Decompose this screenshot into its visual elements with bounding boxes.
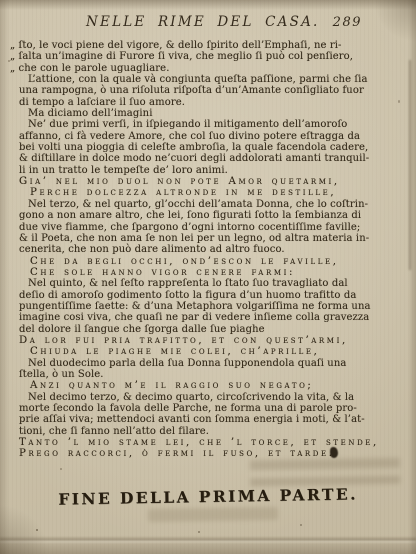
text-line: affanno, ci fà vedere Amore, che col ſuo… (19, 131, 403, 142)
text-line: ſtella, ò un Sole. (19, 369, 403, 380)
paper-fold-shadow (409, 60, 411, 270)
text-line: Da lor fui pria trafitto, et con quest’a… (19, 335, 403, 346)
text-line: „ ſto, le voci piene del vigore, & dello… (19, 40, 403, 51)
text-line: Perche dolcezza altronde in me destille, (19, 187, 403, 198)
text-line: deſio di amoroſo godimento ſotto la figu… (19, 290, 403, 301)
paper-crease (0, 536, 416, 544)
text-line: Nel decimo terzo, & decimo quarto, circo… (19, 392, 403, 403)
text-line: li in un tratto le tempeſte de’ loro ani… (19, 165, 403, 176)
text-line: due vive fiamme, che ſpargono d’ogni int… (19, 222, 403, 233)
text-line: di tempo a laſciare il ſuo amore. (19, 97, 403, 108)
paper-speck (60, 468, 62, 470)
text-line: Nel terzo, & nel quarto, gl’occhi dell’a… (19, 199, 403, 210)
paper-speck (300, 524, 302, 526)
page-number: 289 (333, 15, 362, 30)
paper-speck (398, 100, 400, 103)
text-line: Nel duodecimo parla della ſua Donna ſupp… (19, 358, 403, 369)
text-line: gono a non amare altro, che lei, ſono fi… (19, 210, 403, 221)
book-page: NELLE RIME DEL CASA. 289 „ ſto, le voci … (0, 0, 416, 554)
text-line: bei volti una pioggia di celeſte ambroſi… (19, 142, 403, 153)
text-line: tioni, che ſi fanno nell’atto del filare… (19, 426, 403, 437)
text-line: Che sole hanno vigor cenere farmi: (19, 267, 403, 278)
paper-speck (8, 60, 10, 62)
text-block: „ ſto, le voci piene del vigore, & dello… (19, 40, 403, 460)
text-line: Anzi quanto m’e il raggio suo negato; (19, 380, 403, 391)
text-line: pungentiſſime ſaette: & d’una Metaphora … (19, 301, 403, 312)
text-line: prie aſſai viva; mettendoci avanti con ſ… (19, 414, 403, 425)
paper-speck (198, 531, 200, 533)
text-line: morte ſecondo la favola delle Parche, ne… (19, 403, 403, 414)
text-line: imagine cosi viva, che quaſi ne par di v… (19, 312, 403, 323)
text-line: „ che con le parole uguagliare. (19, 63, 403, 74)
page-header: NELLE RIME DEL CASA. 289 (0, 14, 416, 32)
text-line: una rampogna, ò una riſoluta riſpoſta d’… (19, 85, 403, 96)
text-line: Chiuda le piaghe mie colei, ch’aprille, (19, 346, 403, 357)
text-line: Ne’ due primi verſi, in iſpiegando il mi… (19, 119, 403, 130)
text-line: „ ſalta un’imagine di Furore ſi viva, ch… (19, 51, 403, 62)
text-line: L’attione, con la quale và congiunta que… (19, 74, 403, 85)
ink-showthrough (250, 454, 401, 491)
text-line: Che da begli occhi, ond’escon le faville… (19, 256, 403, 267)
text-line: cenerita, che non può dare alimento ad a… (19, 244, 403, 255)
text-line: Tanto ’l mio stame lei, che ’l torce, et… (19, 437, 403, 448)
running-title: NELLE RIME DEL CASA. (86, 14, 320, 30)
text-line: & il Poeta, che non ama ſe non lei per u… (19, 233, 403, 244)
text-line: Gia’ nel mio duol non pote Amor quetarmi… (19, 176, 403, 187)
text-line: Ma diciamo dell’imagini (19, 108, 403, 119)
text-line: del dolore il ſangue che ſgorga dalle ſu… (19, 324, 403, 335)
text-line: & diſtillare in dolce modo ne’cuori degl… (19, 153, 403, 164)
paper-speck (36, 529, 38, 531)
ink-blot (330, 447, 338, 458)
text-line: Nel quinto, & nel ſeſto rappreſenta lo ſ… (19, 278, 403, 289)
ink-showthrough (148, 507, 278, 522)
